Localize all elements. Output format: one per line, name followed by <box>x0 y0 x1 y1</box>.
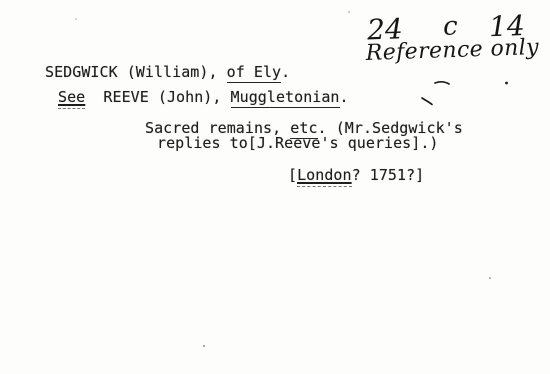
paper-speck <box>203 345 205 347</box>
paper-speck <box>348 11 350 13</box>
catalog-card: SEDGWICK (William), of Ely. See REEVE (J… <box>0 0 550 374</box>
ink-tick-mark <box>422 98 432 105</box>
paper-speck <box>489 277 491 279</box>
ink-dash-mark <box>435 82 449 84</box>
handwritten-annotations: 24 c 14 Reference only <box>0 0 550 374</box>
paper-speck <box>75 18 77 20</box>
ink-dot <box>505 82 508 85</box>
handwritten-note-reference-only: Reference only <box>364 35 539 66</box>
